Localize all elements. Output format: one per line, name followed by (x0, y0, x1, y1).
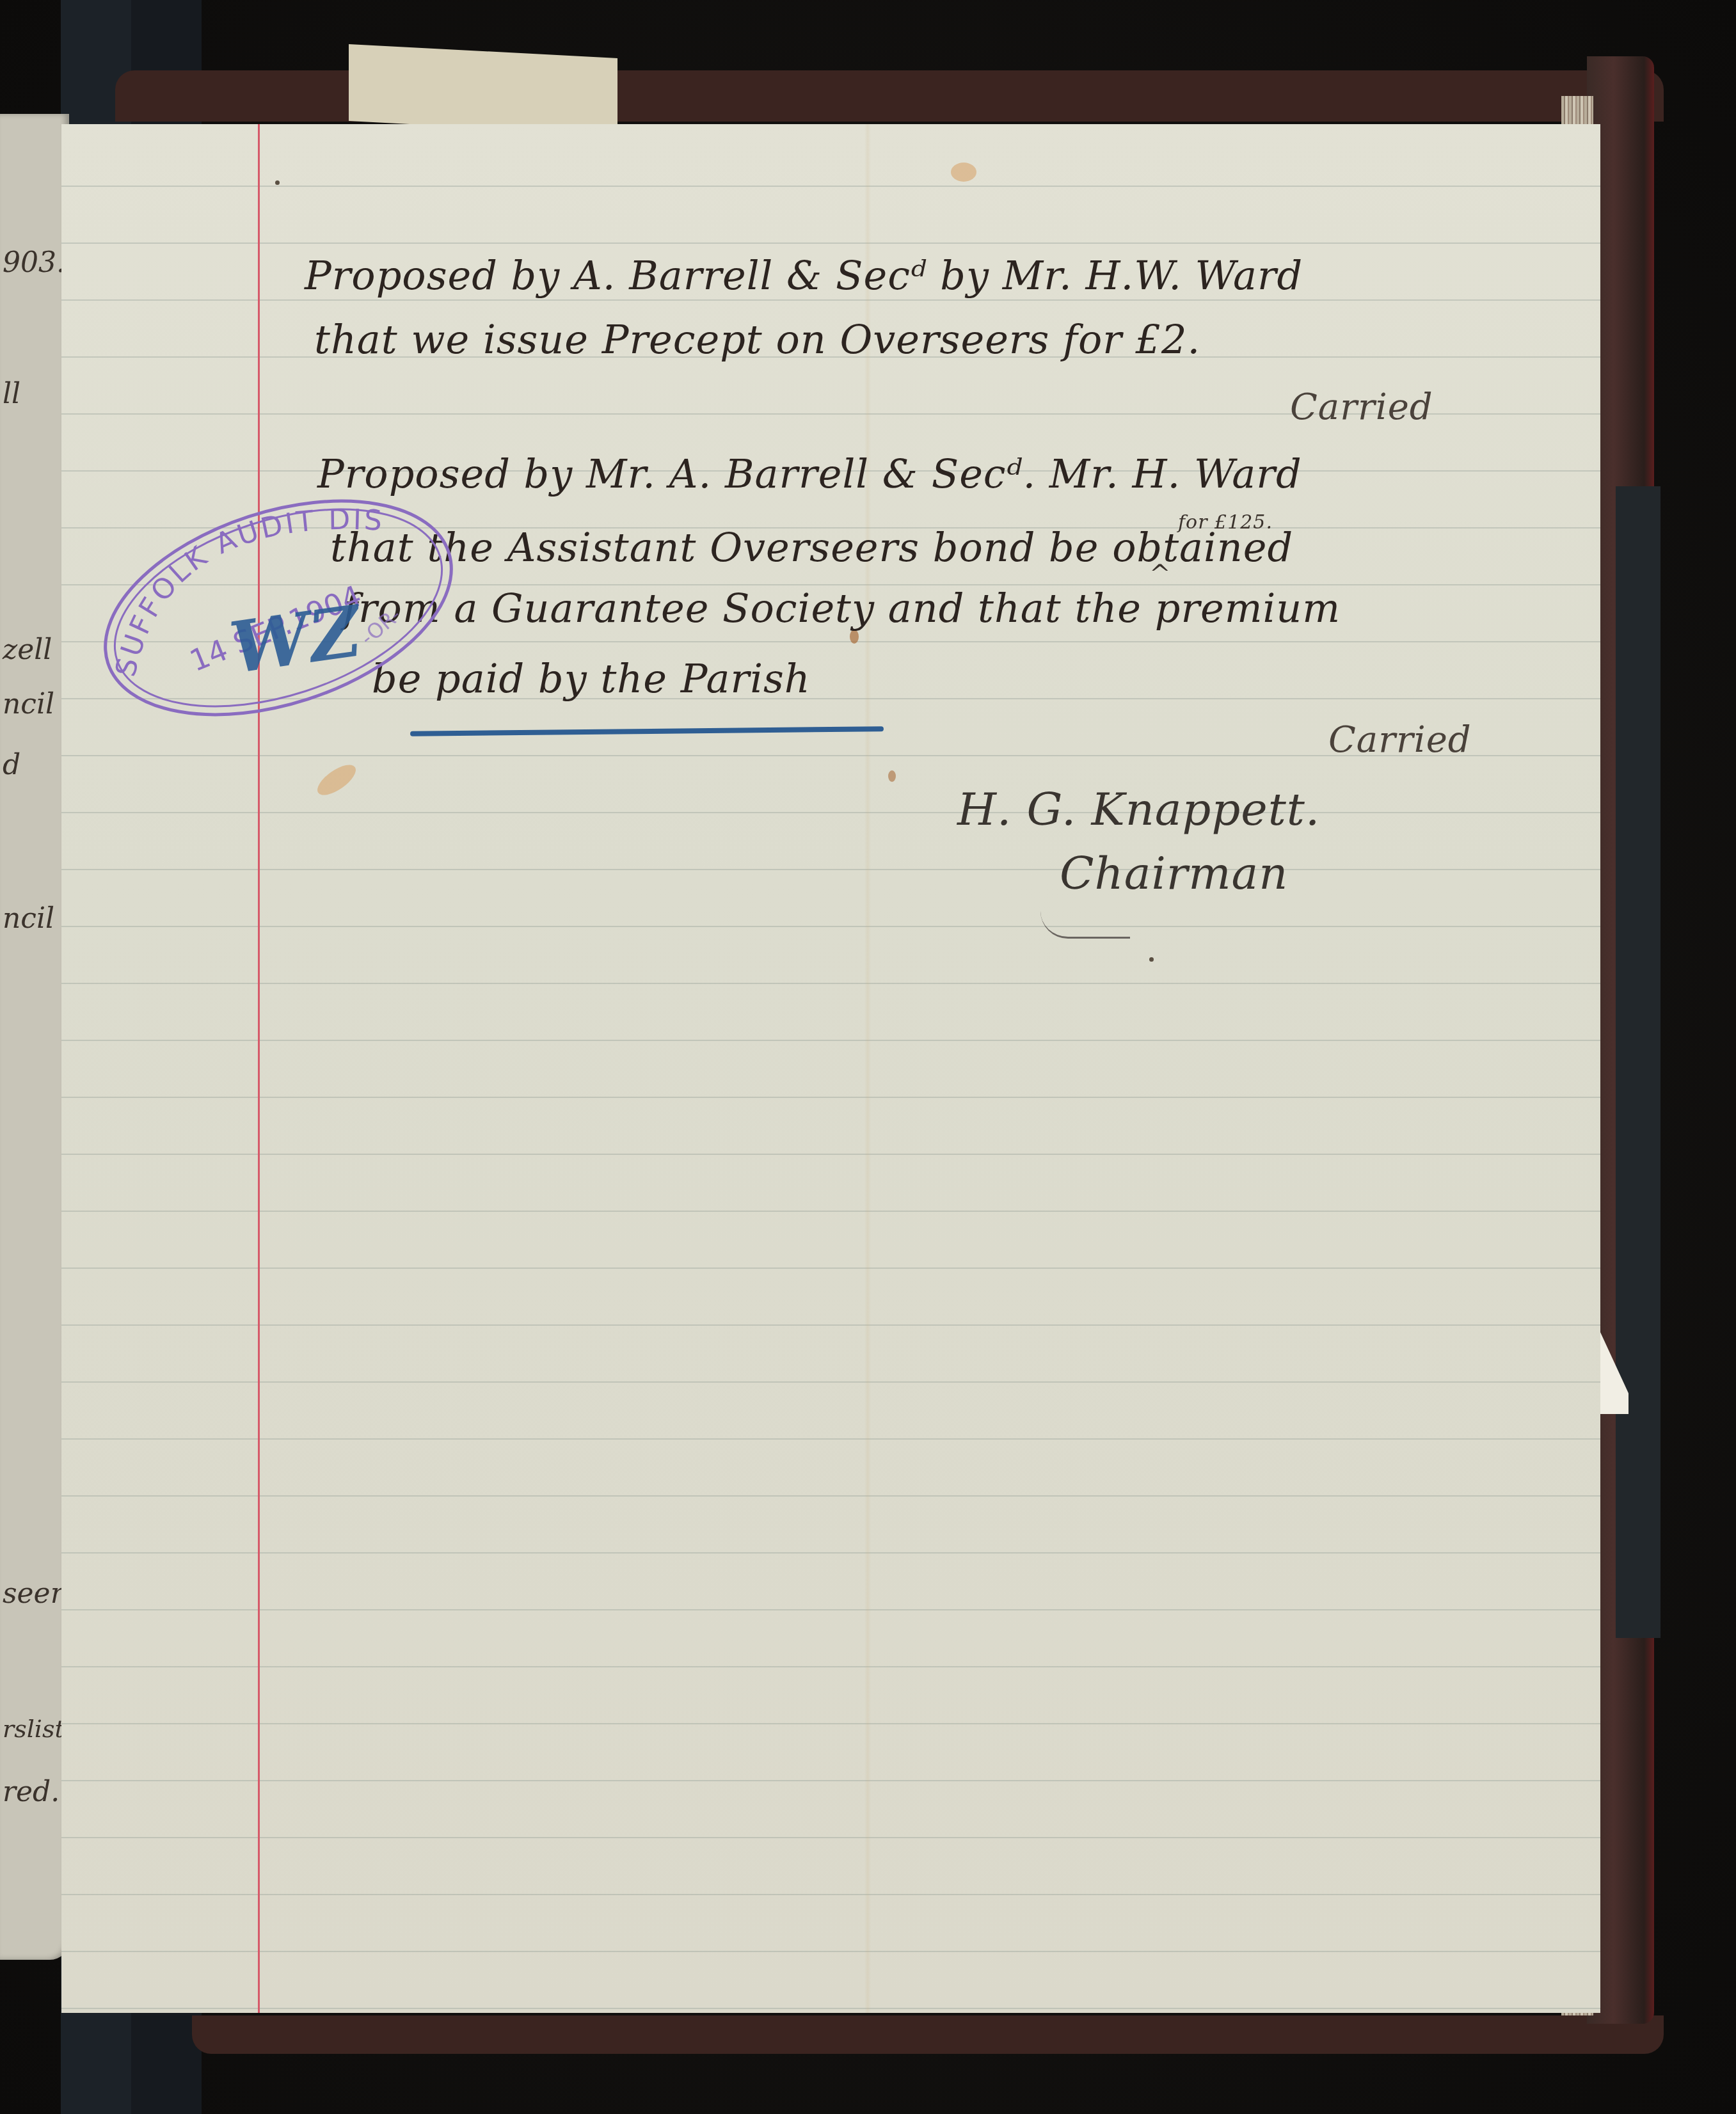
minute-book-page: Proposed by A. Barrell & Secᵈ by Mr. H.W… (61, 124, 1600, 2013)
ruling-line (61, 1552, 1600, 1554)
signature-flourish (1040, 911, 1130, 939)
left-page-fragment: d (3, 749, 20, 781)
entry-2-result: Carried (1328, 719, 1472, 761)
ruling-line (61, 1154, 1600, 1155)
left-page-fragment: zell (3, 633, 52, 666)
margin-rule (258, 124, 260, 2013)
entry-1-result: Carried (1290, 386, 1433, 428)
left-page-fragment: 903. (3, 246, 65, 279)
left-page-fragment: seer. (3, 1577, 70, 1610)
left-page-fragment: ncil (3, 688, 54, 720)
entry-2-line-3: from a Guarantee Society and that the pr… (343, 585, 1341, 632)
ruling-line (61, 1040, 1600, 1041)
ruling-line (61, 1837, 1600, 1838)
stain (951, 163, 976, 182)
left-page-fragment: ncil (3, 902, 54, 935)
ruling-line (61, 1780, 1600, 1781)
ruling-line (61, 1894, 1600, 1895)
tucked-paper-slip (349, 44, 617, 135)
ruling-line (61, 1666, 1600, 1667)
ruling-line (61, 1438, 1600, 1440)
entry-1-line-2: that we issue Precept on Overseers for £… (314, 316, 1200, 363)
left-page: 903. ll zell ncil d ncil seer. rslists r… (0, 114, 69, 1960)
ruling-line (61, 242, 1600, 244)
ruling-line (61, 1268, 1600, 1269)
ruling-line (61, 926, 1600, 927)
ruling-line (61, 1324, 1600, 1326)
stain (850, 630, 859, 644)
ruling-line (61, 869, 1600, 870)
left-page-fragment: red. (3, 1776, 60, 1808)
chairman-title: Chairman (1060, 847, 1288, 900)
left-page-fragment: ll (3, 377, 20, 410)
ruling-line (61, 1609, 1600, 1610)
ruling-line (61, 186, 1600, 187)
book-cover-top-edge (115, 70, 1664, 122)
entry-1-line-1: Proposed by A. Barrell & Secᵈ by Mr. H.W… (305, 252, 1303, 299)
book-cover-bottom-edge (192, 2015, 1664, 2054)
ruling-line (61, 299, 1600, 301)
chairman-signature: H. G. Knappett. (957, 783, 1320, 836)
page-fold (864, 124, 871, 2013)
ruling-line (61, 812, 1600, 813)
ruling-line (61, 1381, 1600, 1383)
ruling-line (61, 1951, 1600, 1952)
ruling-line (61, 983, 1600, 984)
ruling-line (61, 1211, 1600, 1212)
blue-pencil-underline (410, 726, 884, 736)
ruling-line (61, 1723, 1600, 1724)
stain (888, 770, 896, 782)
book-cover-cloth-spine (1616, 486, 1660, 1638)
stain (313, 759, 361, 801)
ruling-line (61, 1097, 1600, 1098)
ruling-line (61, 1495, 1600, 1497)
speck (275, 180, 280, 185)
ruling-line (61, 2008, 1600, 2009)
speck (1149, 957, 1154, 962)
